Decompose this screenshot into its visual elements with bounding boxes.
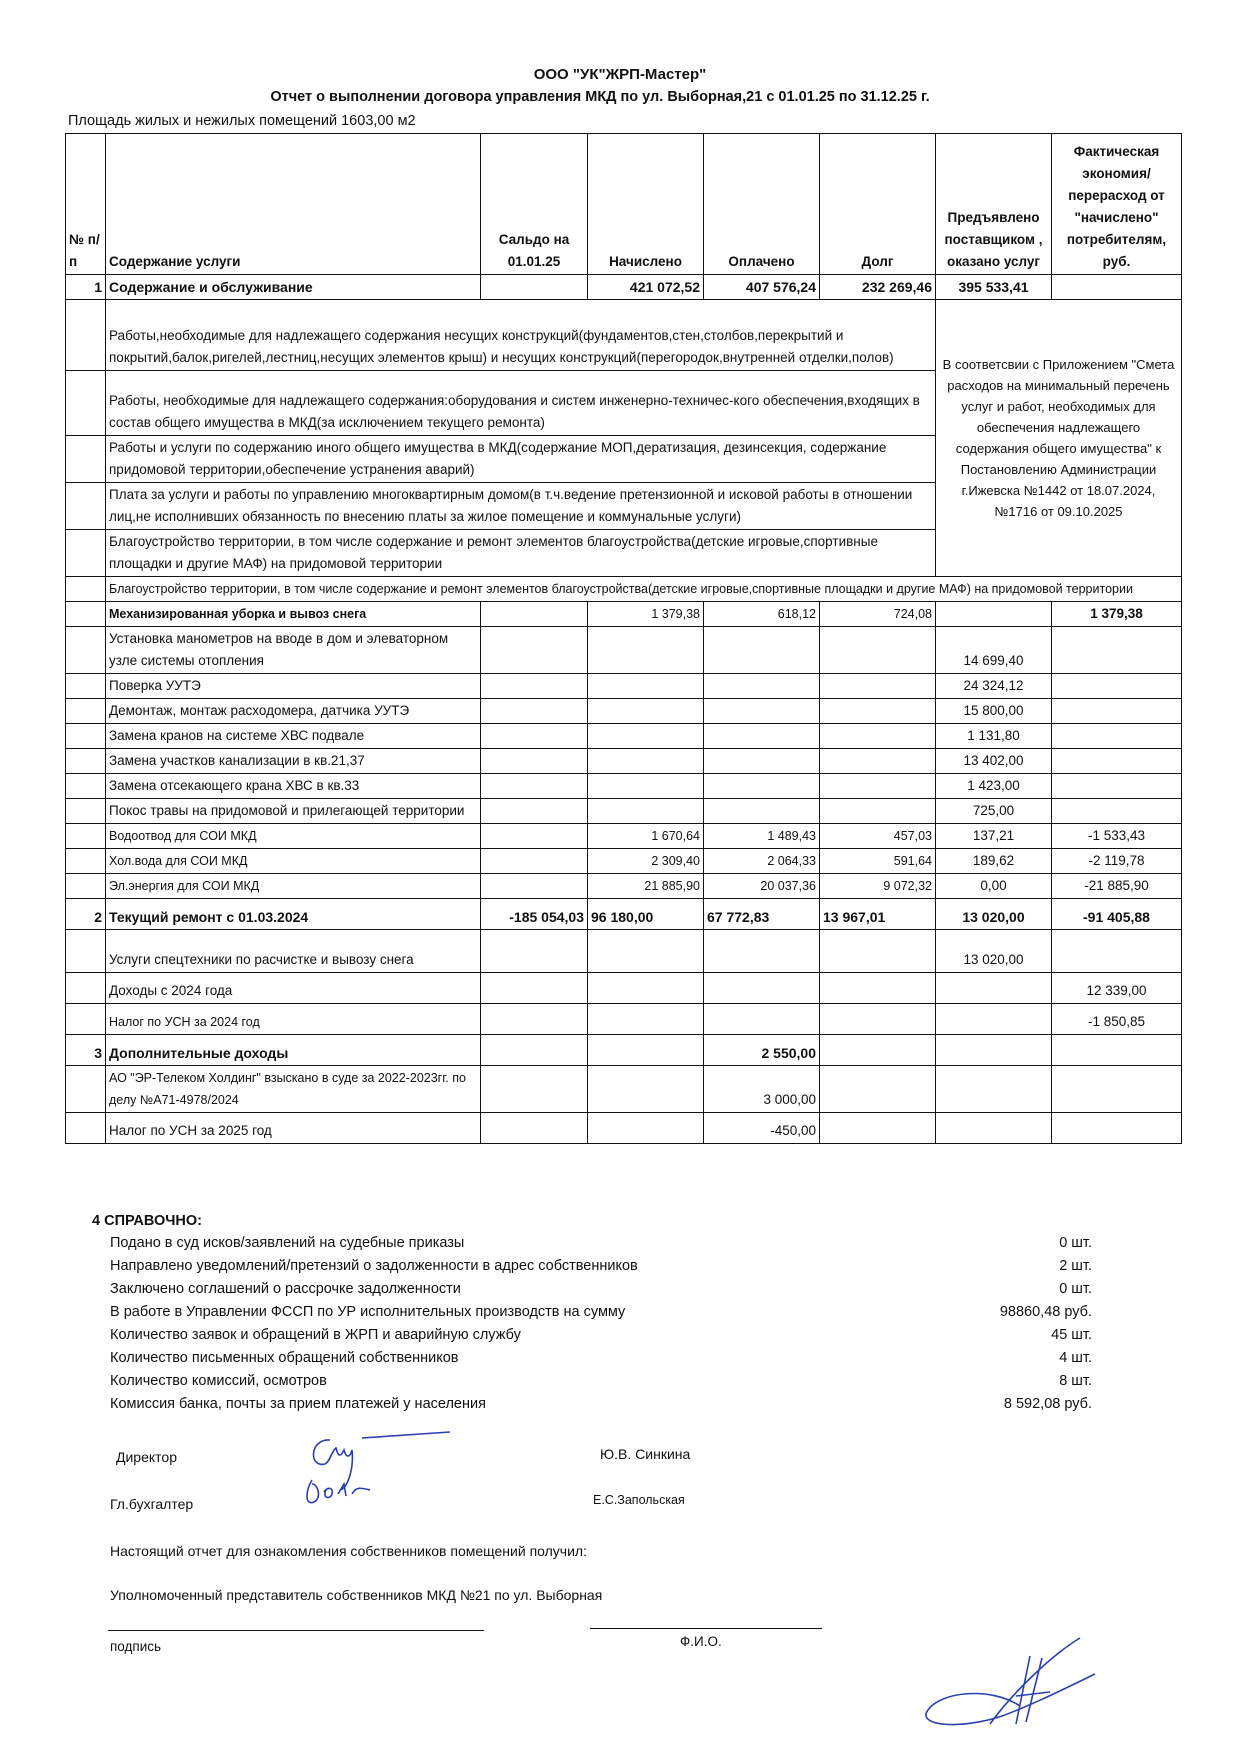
row-debt	[820, 749, 936, 774]
table-row: Замена кранов на системе ХВС подвале1 13…	[66, 724, 1182, 749]
reference-label: Количество комиссий, осмотров	[110, 1373, 327, 1389]
row-paid	[704, 699, 820, 724]
row-charged	[588, 627, 704, 674]
reference-label: Подано в суд исков/заявлений на судебные…	[110, 1235, 464, 1251]
fio-line	[590, 1628, 822, 1629]
reference-value: 2 шт.	[972, 1258, 1092, 1274]
row-charged: 1 670,64	[588, 824, 704, 849]
reference-label: В работе в Управлении ФССП по УР исполни…	[110, 1304, 625, 1320]
section-row-3: 3 Дополнительные доходы 2 550,00	[66, 1035, 1182, 1066]
accountant-name: Е.С.Запольская	[593, 1493, 685, 1507]
col-header-presented: Предъявлено поставщиком , оказано услуг	[936, 134, 1052, 275]
table-row: Доходы с 2024 года12 339,00	[66, 973, 1182, 1004]
accountant-label: Гл.бухгалтер	[110, 1496, 193, 1512]
row-paid	[704, 749, 820, 774]
reference-item: Количество комиссий, осмотров8 шт.	[92, 1369, 1092, 1392]
row-paid: 2 064,33	[704, 849, 820, 874]
row-presented: 13 402,00	[936, 749, 1052, 774]
table-row: АО "ЭР-Телеком Холдинг" взыскано в суде …	[66, 1066, 1182, 1113]
row-name: Замена кранов на системе ХВС подвале	[106, 724, 481, 749]
row-debt: 591,64	[820, 849, 936, 874]
row-presented: 24 324,12	[936, 674, 1052, 699]
signature-caption: подпись	[110, 1639, 161, 1654]
row-economy	[1052, 749, 1182, 774]
row-charged: 1 379,38	[588, 602, 704, 627]
row-debt: 457,03	[820, 824, 936, 849]
row-presented: 14 699,40	[936, 627, 1052, 674]
reference-item: В работе в Управлении ФССП по УР исполни…	[92, 1300, 1092, 1323]
col-header-paid: Оплачено	[704, 134, 820, 275]
row-economy	[1052, 930, 1182, 973]
row-economy: 12 339,00	[1052, 973, 1182, 1004]
section-name: Дополнительные доходы	[106, 1035, 481, 1066]
row-name: АО "ЭР-Телеком Холдинг" взыскано в суде …	[106, 1066, 481, 1113]
reference-value: 98860,48 руб.	[972, 1304, 1092, 1320]
row-paid	[704, 774, 820, 799]
col-header-saldo: Сальдо на 01.01.25	[481, 134, 588, 275]
representative-signature-icon	[920, 1636, 1110, 1731]
col-header-debt: Долг	[820, 134, 936, 275]
director-name: Ю.В. Синкина	[600, 1446, 690, 1462]
table-row: Покос травы на придомовой и прилегающей …	[66, 799, 1182, 824]
received-text: Настоящий отчет для ознакомления собстве…	[110, 1543, 587, 1559]
row-paid	[704, 799, 820, 824]
row-economy: -1 850,85	[1052, 1004, 1182, 1035]
estimate-note: В соответсвии с Приложением "Смета расхо…	[936, 300, 1182, 577]
row-economy	[1052, 799, 1182, 824]
row-economy	[1052, 699, 1182, 724]
row-debt	[820, 774, 936, 799]
row-name: Механизированная уборка и вывоз снега	[106, 602, 481, 627]
reference-value: 0 шт.	[972, 1235, 1092, 1251]
table-row: Налог по УСН за 2025 год-450,00	[66, 1113, 1182, 1144]
row-presented	[936, 1004, 1052, 1035]
row-charged	[588, 749, 704, 774]
row-paid	[704, 627, 820, 674]
row-name: Доходы с 2024 года	[106, 973, 481, 1004]
row-name: Хол.вода для СОИ МКД	[106, 849, 481, 874]
row-charged	[588, 724, 704, 749]
work-row-wide: Благоустройство территории, в том числе …	[66, 577, 1182, 602]
row-debt	[820, 674, 936, 699]
section-name: Текущий ремонт с 01.03.2024	[106, 899, 481, 930]
reference-value: 8 592,08 руб.	[972, 1396, 1092, 1412]
row-name: Установка манометров на вводе в дом и эл…	[106, 627, 481, 674]
row-debt: 724,08	[820, 602, 936, 627]
row-economy: -21 885,90	[1052, 874, 1182, 899]
section-row-1: 1 Содержание и обслуживание 421 072,52 4…	[66, 275, 1182, 300]
section-name: Содержание и обслуживание	[106, 275, 481, 300]
table-row: Водоотвод для СОИ МКД1 670,641 489,43457…	[66, 824, 1182, 849]
table-row: Эл.энергия для СОИ МКД21 885,9020 037,36…	[66, 874, 1182, 899]
row-economy: -2 119,78	[1052, 849, 1182, 874]
row-presented: 189,62	[936, 849, 1052, 874]
row-paid	[704, 674, 820, 699]
row-charged: 2 309,40	[588, 849, 704, 874]
row-economy	[1052, 724, 1182, 749]
report-table: № п/п Содержание услуги Сальдо на 01.01.…	[65, 133, 1182, 1144]
row-presented	[936, 602, 1052, 627]
table-row: Поверка УУТЭ24 324,12	[66, 674, 1182, 699]
table-row: Хол.вода для СОИ МКД2 309,402 064,33591,…	[66, 849, 1182, 874]
section-row-2: 2 Текущий ремонт с 01.03.2024 -185 054,0…	[66, 899, 1182, 930]
row-paid: 3 000,00	[704, 1066, 820, 1113]
reference-label: Количество письменных обращений собствен…	[110, 1350, 458, 1366]
report-title: Отчет о выполнении договора управления М…	[150, 89, 1050, 105]
row-name: Покос травы на придомовой и прилегающей …	[106, 799, 481, 824]
signature-line	[108, 1630, 484, 1631]
row-presented: 15 800,00	[936, 699, 1052, 724]
representative-text: Уполномоченный представитель собственник…	[110, 1587, 602, 1603]
row-economy	[1052, 774, 1182, 799]
row-debt	[820, 799, 936, 824]
row-economy: 1 379,38	[1052, 602, 1182, 627]
row-name: Замена участков канализации в кв.21,37	[106, 749, 481, 774]
row-name: Поверка УУТЭ	[106, 674, 481, 699]
row-charged: 21 885,90	[588, 874, 704, 899]
row-name: Услуги спецтехники по расчистке и вывозу…	[106, 930, 481, 973]
row-paid: 20 037,36	[704, 874, 820, 899]
col-header-charged: Начислено	[588, 134, 704, 275]
row-name: Налог по УСН за 2024 год	[106, 1004, 481, 1035]
row-presented: 1 423,00	[936, 774, 1052, 799]
table-row: Демонтаж, монтаж расходомера, датчика УУ…	[66, 699, 1182, 724]
row-presented: 13 020,00	[936, 930, 1052, 973]
row-economy	[1052, 627, 1182, 674]
reference-value: 0 шт.	[972, 1281, 1092, 1297]
row-debt	[820, 699, 936, 724]
row-name: Эл.энергия для СОИ МКД	[106, 874, 481, 899]
row-paid: 1 489,43	[704, 824, 820, 849]
row-presented: 137,21	[936, 824, 1052, 849]
row-name: Демонтаж, монтаж расходомера, датчика УУ…	[106, 699, 481, 724]
row-economy	[1052, 674, 1182, 699]
reference-label: Количество заявок и обращений в ЖРП и ав…	[110, 1327, 521, 1343]
col-header-economy: Фактическая экономия/перерасход от "начи…	[1052, 134, 1182, 275]
reference-section: 4 СПРАВОЧНО: Подано в суд исков/заявлени…	[92, 1213, 1092, 1415]
reference-item: Заключено соглашений о рассрочке задолже…	[92, 1277, 1092, 1300]
reference-item: Комиссия банка, почты за прием платежей …	[92, 1392, 1092, 1415]
col-header-name: Содержание услуги	[106, 134, 481, 275]
director-label: Директор	[116, 1449, 177, 1465]
col-header-no: № п/п	[66, 134, 106, 275]
reference-value: 4 шт.	[972, 1350, 1092, 1366]
reference-label: Комиссия банка, почты за прием платежей …	[110, 1396, 486, 1412]
reference-label: Направлено уведомлений/претензий о задол…	[110, 1258, 638, 1274]
work-row: Работы,необходимые для надлежащего содер…	[66, 300, 1182, 371]
row-name: Замена отсекающего крана ХВС в кв.33	[106, 774, 481, 799]
area-label: Площадь жилых и нежилых помещений 1603,0…	[68, 113, 416, 129]
reference-label: Заключено соглашений о рассрочке задолже…	[110, 1281, 461, 1297]
row-presented: 0,00	[936, 874, 1052, 899]
table-row: Замена отсекающего крана ХВС в кв.331 42…	[66, 774, 1182, 799]
row-charged	[588, 674, 704, 699]
row-presented: 1 131,80	[936, 724, 1052, 749]
reference-value: 8 шт.	[972, 1373, 1092, 1389]
row-paid	[704, 724, 820, 749]
reference-item: Количество заявок и обращений в ЖРП и ав…	[92, 1323, 1092, 1346]
row-name: Водоотвод для СОИ МКД	[106, 824, 481, 849]
table-header-row: № п/п Содержание услуги Сальдо на 01.01.…	[66, 134, 1182, 275]
table-row: Механизированная уборка и вывоз снега1 3…	[66, 602, 1182, 627]
row-charged	[588, 774, 704, 799]
row-debt: 9 072,32	[820, 874, 936, 899]
director-signature-icon	[300, 1428, 460, 1508]
row-name: Налог по УСН за 2025 год	[106, 1113, 481, 1144]
table-row: Замена участков канализации в кв.21,3713…	[66, 749, 1182, 774]
table-row: Установка манометров на вводе в дом и эл…	[66, 627, 1182, 674]
company-name: ООО "УК"ЖРП-Мастер"	[0, 66, 1240, 83]
row-debt	[820, 627, 936, 674]
table-row: Услуги спецтехники по расчистке и вывозу…	[66, 930, 1182, 973]
row-debt	[820, 724, 936, 749]
row-paid: 618,12	[704, 602, 820, 627]
table-row: Налог по УСН за 2024 год-1 850,85	[66, 1004, 1182, 1035]
reference-value: 45 шт.	[972, 1327, 1092, 1343]
reference-item: Направлено уведомлений/претензий о задол…	[92, 1254, 1092, 1277]
reference-item: Подано в суд исков/заявлений на судебные…	[92, 1231, 1092, 1254]
row-presented: 725,00	[936, 799, 1052, 824]
reference-item: Количество письменных обращений собствен…	[92, 1346, 1092, 1369]
row-presented	[936, 973, 1052, 1004]
row-charged	[588, 799, 704, 824]
fio-caption: Ф.И.О.	[680, 1634, 722, 1649]
row-paid: -450,00	[704, 1113, 820, 1144]
row-charged	[588, 699, 704, 724]
reference-heading: 4 СПРАВОЧНО:	[92, 1213, 1092, 1229]
row-economy: -1 533,43	[1052, 824, 1182, 849]
